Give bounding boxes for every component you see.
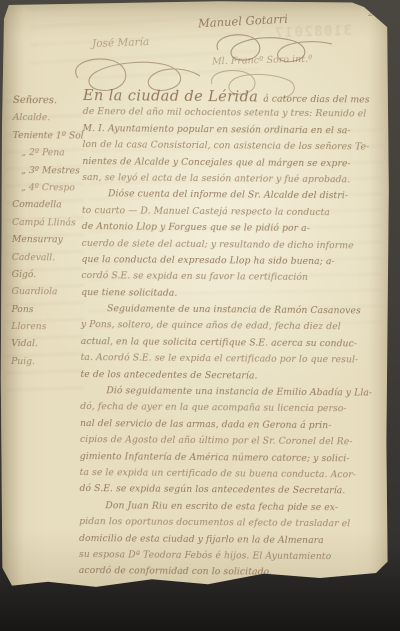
margin-attendees-column: Señores. Alcalde.Teniente 1º Sol „ 2º Pe… <box>11 92 91 371</box>
margin-heading: Señores. <box>13 92 91 110</box>
margin-name: „ 2º Pena <box>13 144 91 162</box>
paragraph: Dió seguidamente una instancia de Emilio… <box>79 383 386 500</box>
margin-name: „ 4º Crespo <box>12 179 90 197</box>
margin-list: Alcalde.Teniente 1º Sol „ 2º Pena „ 3º M… <box>11 109 91 370</box>
margin-name: Comadella <box>12 196 90 214</box>
margin-name: Mensurray <box>12 231 90 249</box>
paragraph: Dióse cuenta del informe del Sr. Alcalde… <box>81 186 388 303</box>
margin-name: Cadevall. <box>12 249 90 267</box>
margin-name: „ 3º Mestres <box>12 162 90 180</box>
margin-name: Teniente 1º Sol <box>13 127 91 145</box>
folio-number: 2 <box>368 9 374 19</box>
paragraph: Don Juan Riu en escrito de esta fecha pi… <box>79 498 386 583</box>
opening-phrase: En la ciudad de Lérida <box>83 88 263 106</box>
text-line: acordó de conformidad con lo solicitado. <box>79 563 385 582</box>
signature-jose-maria: José María <box>92 36 150 50</box>
body-text: En la ciudad de Lérida á catorce dias de… <box>79 88 389 582</box>
margin-name: Llorens <box>11 318 89 336</box>
photo-background: { "colors": { "ink": "#84684a", "paper":… <box>0 0 400 631</box>
paragraph: Seguidamente de una instancia de Ramón C… <box>80 301 387 386</box>
margin-name: Pons <box>11 301 89 319</box>
margin-name: Alcalde. <box>13 109 91 127</box>
margin-name: Puig. <box>11 353 89 371</box>
manuscript-page: 2 31082017 Manuel Gotarri José María Ml.… <box>0 0 400 631</box>
margin-name: Campá Llinás <box>12 214 90 232</box>
paragraph: En la ciudad de Lérida á catorce dias de… <box>82 88 389 189</box>
margin-name: Vidal. <box>11 335 89 353</box>
margin-name: Gigó. <box>12 266 90 284</box>
margin-name: Guardiola <box>12 283 90 301</box>
